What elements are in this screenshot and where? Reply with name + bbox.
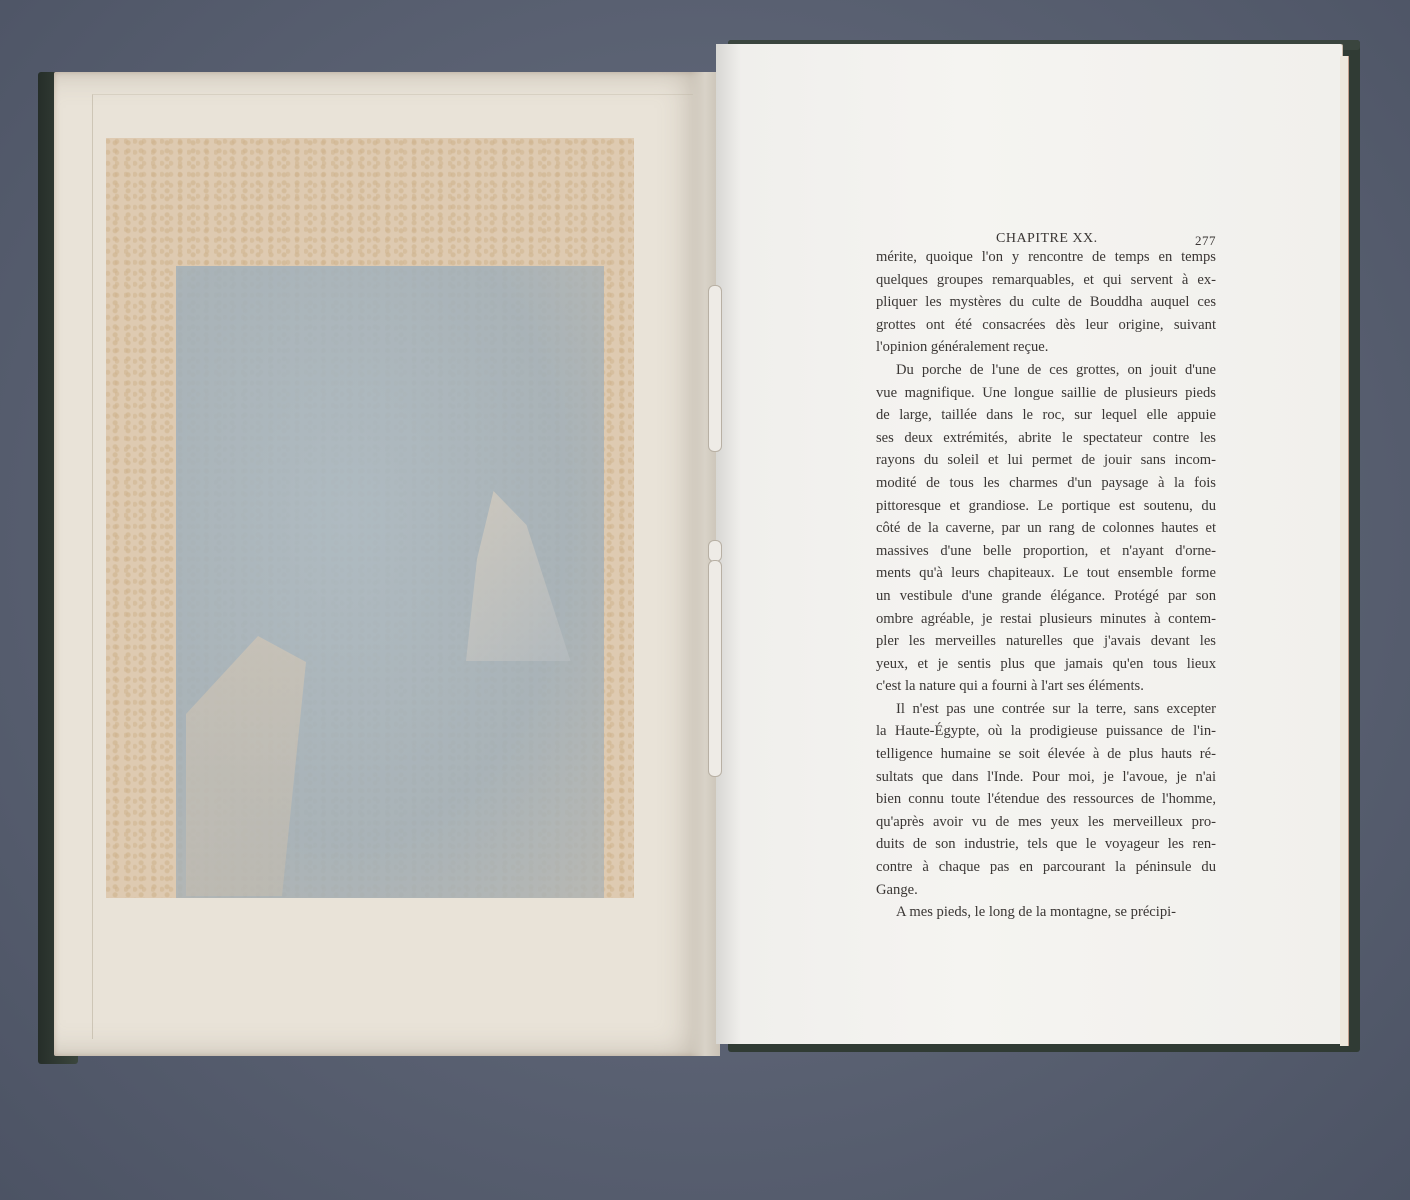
text-line: pittoresque et grandiose. Le portique es… — [876, 495, 1216, 518]
paragraphs: mérite, quoique l'on y rencontre de temp… — [876, 246, 1216, 924]
page-block-edge — [1340, 56, 1349, 1046]
text-line: Il n'est pas une contrée sur la terre, s… — [876, 698, 1216, 721]
text-line: ses deux extrémités, abrite le spectateu… — [876, 427, 1216, 450]
rock-shape — [186, 636, 306, 896]
text-line: ments qu'à leurs chapiteaux. Le tout ens… — [876, 562, 1216, 585]
text-line: contre à chaque pas en parcourant la pén… — [876, 856, 1216, 879]
text-line: modité de tous les charmes d'un paysage … — [876, 472, 1216, 495]
text-line: yeux, et je sentis plus que jamais qu'en… — [876, 653, 1216, 676]
text-line: A mes pieds, le long de la montagne, se … — [876, 901, 1216, 924]
text-line: quelques groupes remarquables, et qui se… — [876, 269, 1216, 292]
page-number: 277 — [1195, 230, 1216, 253]
paragraph: Du porche de l'une de ces grottes, on jo… — [876, 359, 1216, 698]
text-line: vue magnifique. Une longue saillie de pl… — [876, 382, 1216, 405]
text-line: rayons du soleil et lui permet de jouir … — [876, 449, 1216, 472]
binding-stitch — [708, 540, 722, 562]
paragraph: Il n'est pas une contrée sur la terre, s… — [876, 698, 1216, 901]
chapter-heading: CHAPITRE XX. — [996, 228, 1098, 251]
text-line: grottes ont été consacrées dès leur orig… — [876, 314, 1216, 337]
faded-plate-illustration — [176, 266, 604, 898]
running-head: CHAPITRE XX. 277 — [876, 222, 1216, 246]
paragraph: mérite, quoique l'on y rencontre de temp… — [876, 246, 1216, 359]
text-line: ombre agréable, je restai plusieurs minu… — [876, 608, 1216, 631]
paragraph: A mes pieds, le long de la montagne, se … — [876, 901, 1216, 924]
text-line: Gange. — [876, 879, 1216, 902]
mountain-peak-shape — [466, 491, 576, 661]
text-line: côté de la caverne, par un rang de colon… — [876, 517, 1216, 540]
text-line: c'est la nature qui a fourni à l'art ses… — [876, 675, 1216, 698]
binding-stitch — [708, 560, 722, 777]
text-line: la Haute-Égypte, où la prodigieuse puiss… — [876, 720, 1216, 743]
text-line: duits de son industrie, tels que le voya… — [876, 833, 1216, 856]
text-line: qu'après avoir vu de mes yeux les mervei… — [876, 811, 1216, 834]
text-line: pliquer les mystères du culte de Bouddha… — [876, 291, 1216, 314]
text-line: bien connu toute l'étendue des ressource… — [876, 788, 1216, 811]
page-text-block: CHAPITRE XX. 277 mérite, quoique l'on y … — [876, 222, 1216, 924]
text-line: massives d'une belle proportion, et n'ay… — [876, 540, 1216, 563]
text-line: sultats que dans l'Inde. Pour moi, je l'… — [876, 766, 1216, 789]
text-line: pler les merveilles naturelles que j'ava… — [876, 630, 1216, 653]
text-line: de large, taillée dans le roc, sur leque… — [876, 404, 1216, 427]
text-line: un vestibule d'une grande élégance. Prot… — [876, 585, 1216, 608]
text-line: telligence humaine se soit élevée à de p… — [876, 743, 1216, 766]
text-line: Du porche de l'une de ces grottes, on jo… — [876, 359, 1216, 382]
binding-stitch — [708, 285, 722, 452]
text-line: l'opinion généralement reçue. — [876, 336, 1216, 359]
